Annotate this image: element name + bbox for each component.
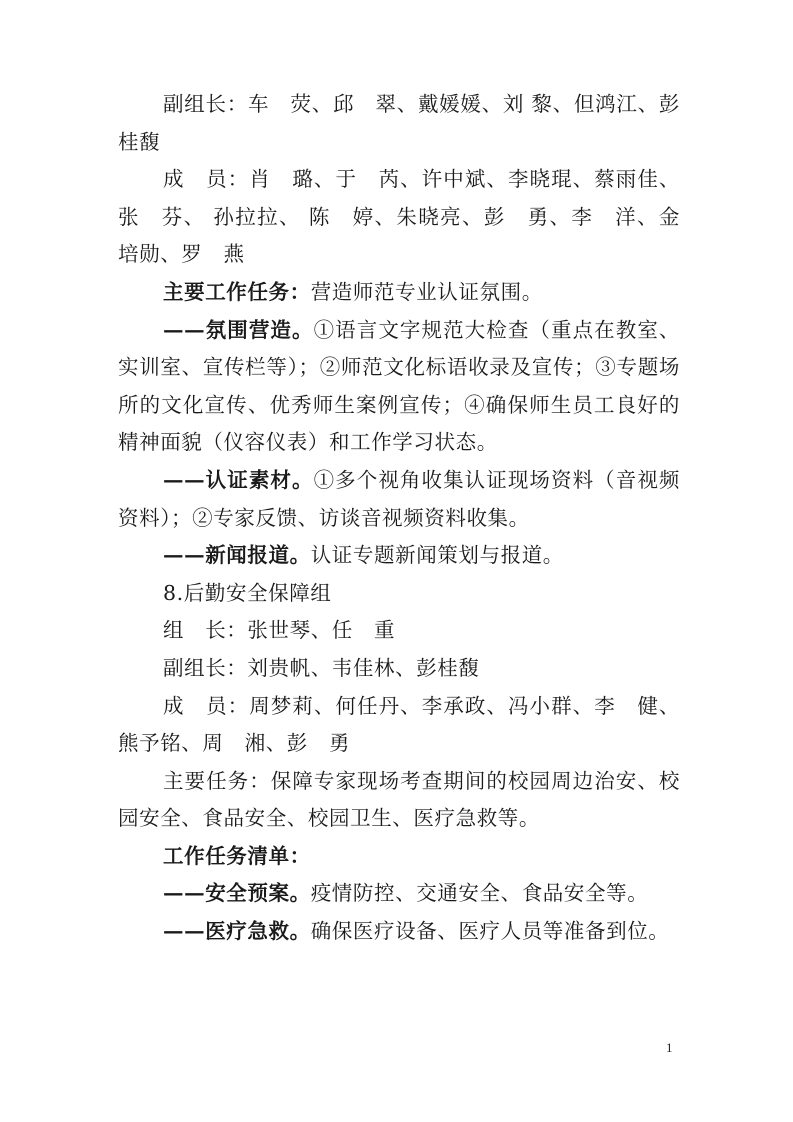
paragraph-members-7: 成 员：肖 璐、于 芮、许中斌、李晓琨、蔡雨佳、张 芬、 孙拉拉、 陈 婷、朱晓… [118, 161, 680, 274]
paragraph-medical-aid: ——医疗急救。确保医疗设备、医疗人员等准备到位。 [118, 913, 680, 951]
paragraph-news: ——新闻报道。认证专题新闻策划与报道。 [118, 537, 680, 575]
paragraph-text: 确保医疗设备、医疗人员等准备到位。 [311, 919, 670, 943]
paragraph-bold-lead: ——氛围营造。 [163, 318, 314, 342]
paragraph-text: 副组长：车 荧、邱 翠、戴媛媛、刘 黎、但鸿江、彭桂馥 [118, 92, 680, 154]
paragraph-bold-lead: ——医疗急救。 [163, 919, 311, 943]
paragraph-members-8: 成 员：周梦莉、何任丹、李承政、冯小群、李 健、熊予铭、周 湘、彭 勇 [118, 688, 680, 763]
paragraph-bold-lead: 主要工作任务： [163, 280, 311, 304]
paragraph-text: 成 员：肖 璐、于 芮、许中斌、李晓琨、蔡雨佳、张 芬、 孙拉拉、 陈 婷、朱晓… [118, 167, 680, 266]
paragraph-bold-lead: 工作任务清单： [163, 844, 311, 868]
paragraph-text: 主要任务：保障专家现场考查期间的校园周边治安、校园安全、食品安全、校园卫生、医疗… [118, 769, 680, 831]
paragraph-text: 组 长：张世琴、任 重 [163, 618, 395, 642]
paragraph-atmosphere: ——氛围营造。①语言文字规范大检查（重点在教室、实训室、宣传栏等）；②师范文化标… [118, 312, 680, 462]
paragraph-deputy-leaders-8: 副组长：刘贵帆、韦佳林、彭桂馥 [118, 650, 680, 688]
paragraph-bold-lead: ——新闻报道。 [163, 543, 311, 567]
paragraph-materials: ——认证素材。①多个视角收集认证现场资料（音视频资料）；②专家反馈、访谈音视频资… [118, 462, 680, 537]
paragraph-task-list-heading: 工作任务清单： [118, 838, 680, 876]
paragraph-main-task-7: 主要工作任务：营造师范专业认证氛围。 [118, 274, 680, 312]
document-page: 副组长：车 荧、邱 翠、戴媛媛、刘 黎、但鸿江、彭桂馥 成 员：肖 璐、于 芮、… [118, 86, 680, 951]
page-number: 1 [666, 1040, 673, 1056]
paragraph-leader-8: 组 长：张世琴、任 重 [118, 612, 680, 650]
paragraph-text: 认证专题新闻策划与报道。 [311, 543, 564, 567]
paragraph-text: 疫情防控、交通安全、食品安全等。 [311, 881, 649, 905]
paragraph-safety-plan: ——安全预案。疫情防控、交通安全、食品安全等。 [118, 875, 680, 913]
paragraph-bold-lead: ——安全预案。 [163, 881, 311, 905]
paragraph-text: 成 员：周梦莉、何任丹、李承政、冯小群、李 健、熊予铭、周 湘、彭 勇 [118, 694, 680, 756]
paragraph-bold-lead: ——认证素材。 [163, 468, 314, 492]
paragraph-text: 8.后勤安全保障组 [163, 581, 331, 605]
section-heading-logistics: 8.后勤安全保障组 [118, 575, 680, 613]
paragraph-text: 营造师范专业认证氛围。 [311, 280, 543, 304]
paragraph-text: 副组长：刘贵帆、韦佳林、彭桂馥 [163, 656, 480, 680]
paragraph-deputy-leaders-7: 副组长：车 荧、邱 翠、戴媛媛、刘 黎、但鸿江、彭桂馥 [118, 86, 680, 161]
paragraph-main-task-8: 主要任务：保障专家现场考查期间的校园周边治安、校园安全、食品安全、校园卫生、医疗… [118, 763, 680, 838]
